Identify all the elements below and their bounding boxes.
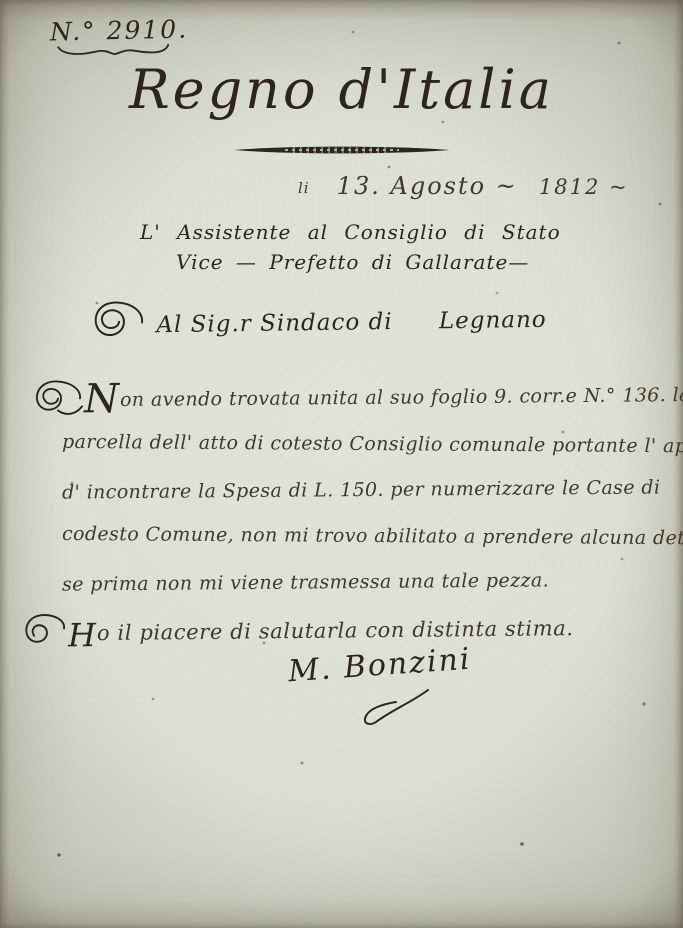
tapered-rule-icon xyxy=(233,144,451,156)
addressee-line: Al Sig.r Sindaco di Legnano xyxy=(88,289,547,347)
body-line-text: codesto Comune, non mi trovo abilitato a… xyxy=(62,523,683,550)
reference-number: N.° 2910. xyxy=(50,15,189,59)
closing-flourish-icon xyxy=(22,610,68,650)
body-drop-initial: N xyxy=(84,376,119,422)
closing-drop-initial: H xyxy=(68,616,96,654)
letter-body: Non avendo trovata unita al suo foglio 9… xyxy=(62,374,669,605)
body-line-text: d' incontrare la Spesa di L. 150. per nu… xyxy=(62,476,661,503)
signature: M. Bonzini xyxy=(287,642,473,690)
closing-text: o il piacere di salutarla con distinta s… xyxy=(97,616,574,645)
reference-number-text: N.° 2910. xyxy=(50,15,189,47)
signature-swash-icon xyxy=(332,688,452,726)
body-line-text: se prima non mi viene trasmessa una tale… xyxy=(62,569,549,595)
addressee-place: Legnano xyxy=(439,307,547,335)
paper-specks xyxy=(0,0,2,2)
body-line: parcella dell' atto di cotesto Consiglio… xyxy=(62,419,669,469)
body-line: codesto Comune, non mi trovo abilitato a… xyxy=(62,511,669,561)
addressee-label: Al Sig.r Sindaco di xyxy=(156,309,393,338)
body-line: Non avendo trovata unita al suo foglio 9… xyxy=(32,371,669,424)
manuscript-letter-page: N.° 2910. Regno d'Italia li 13. Agosto ~… xyxy=(0,0,683,928)
dateline-prefix: li xyxy=(298,179,310,197)
sender-office-line2: Vice — Prefetto di Gallarate— xyxy=(176,250,529,274)
body-line-text: parcella dell' atto di cotesto Consiglio… xyxy=(62,431,683,458)
letterhead-title: Regno d'Italia xyxy=(0,58,683,121)
closing-line: Ho il piacere di salutarla con distinta … xyxy=(22,605,574,651)
dateline: li 13. Agosto ~ 1812 ~ xyxy=(298,172,629,200)
dateline-year: 1812 ~ xyxy=(539,175,629,199)
initial-flourish-icon xyxy=(32,376,84,418)
body-line: se prima non mi viene trasmessa una tale… xyxy=(62,556,669,607)
body-line: d' incontrare la Spesa di L. 150. per nu… xyxy=(62,464,669,515)
body-line-text: on avendo trovata unita al suo foglio 9.… xyxy=(120,384,683,411)
title-divider xyxy=(0,141,683,160)
addressee-flourish-icon xyxy=(88,294,147,347)
sender-office-line1: L' Assistente al Consiglio di Stato xyxy=(140,220,561,244)
dateline-date: 13. Agosto ~ xyxy=(337,172,518,200)
